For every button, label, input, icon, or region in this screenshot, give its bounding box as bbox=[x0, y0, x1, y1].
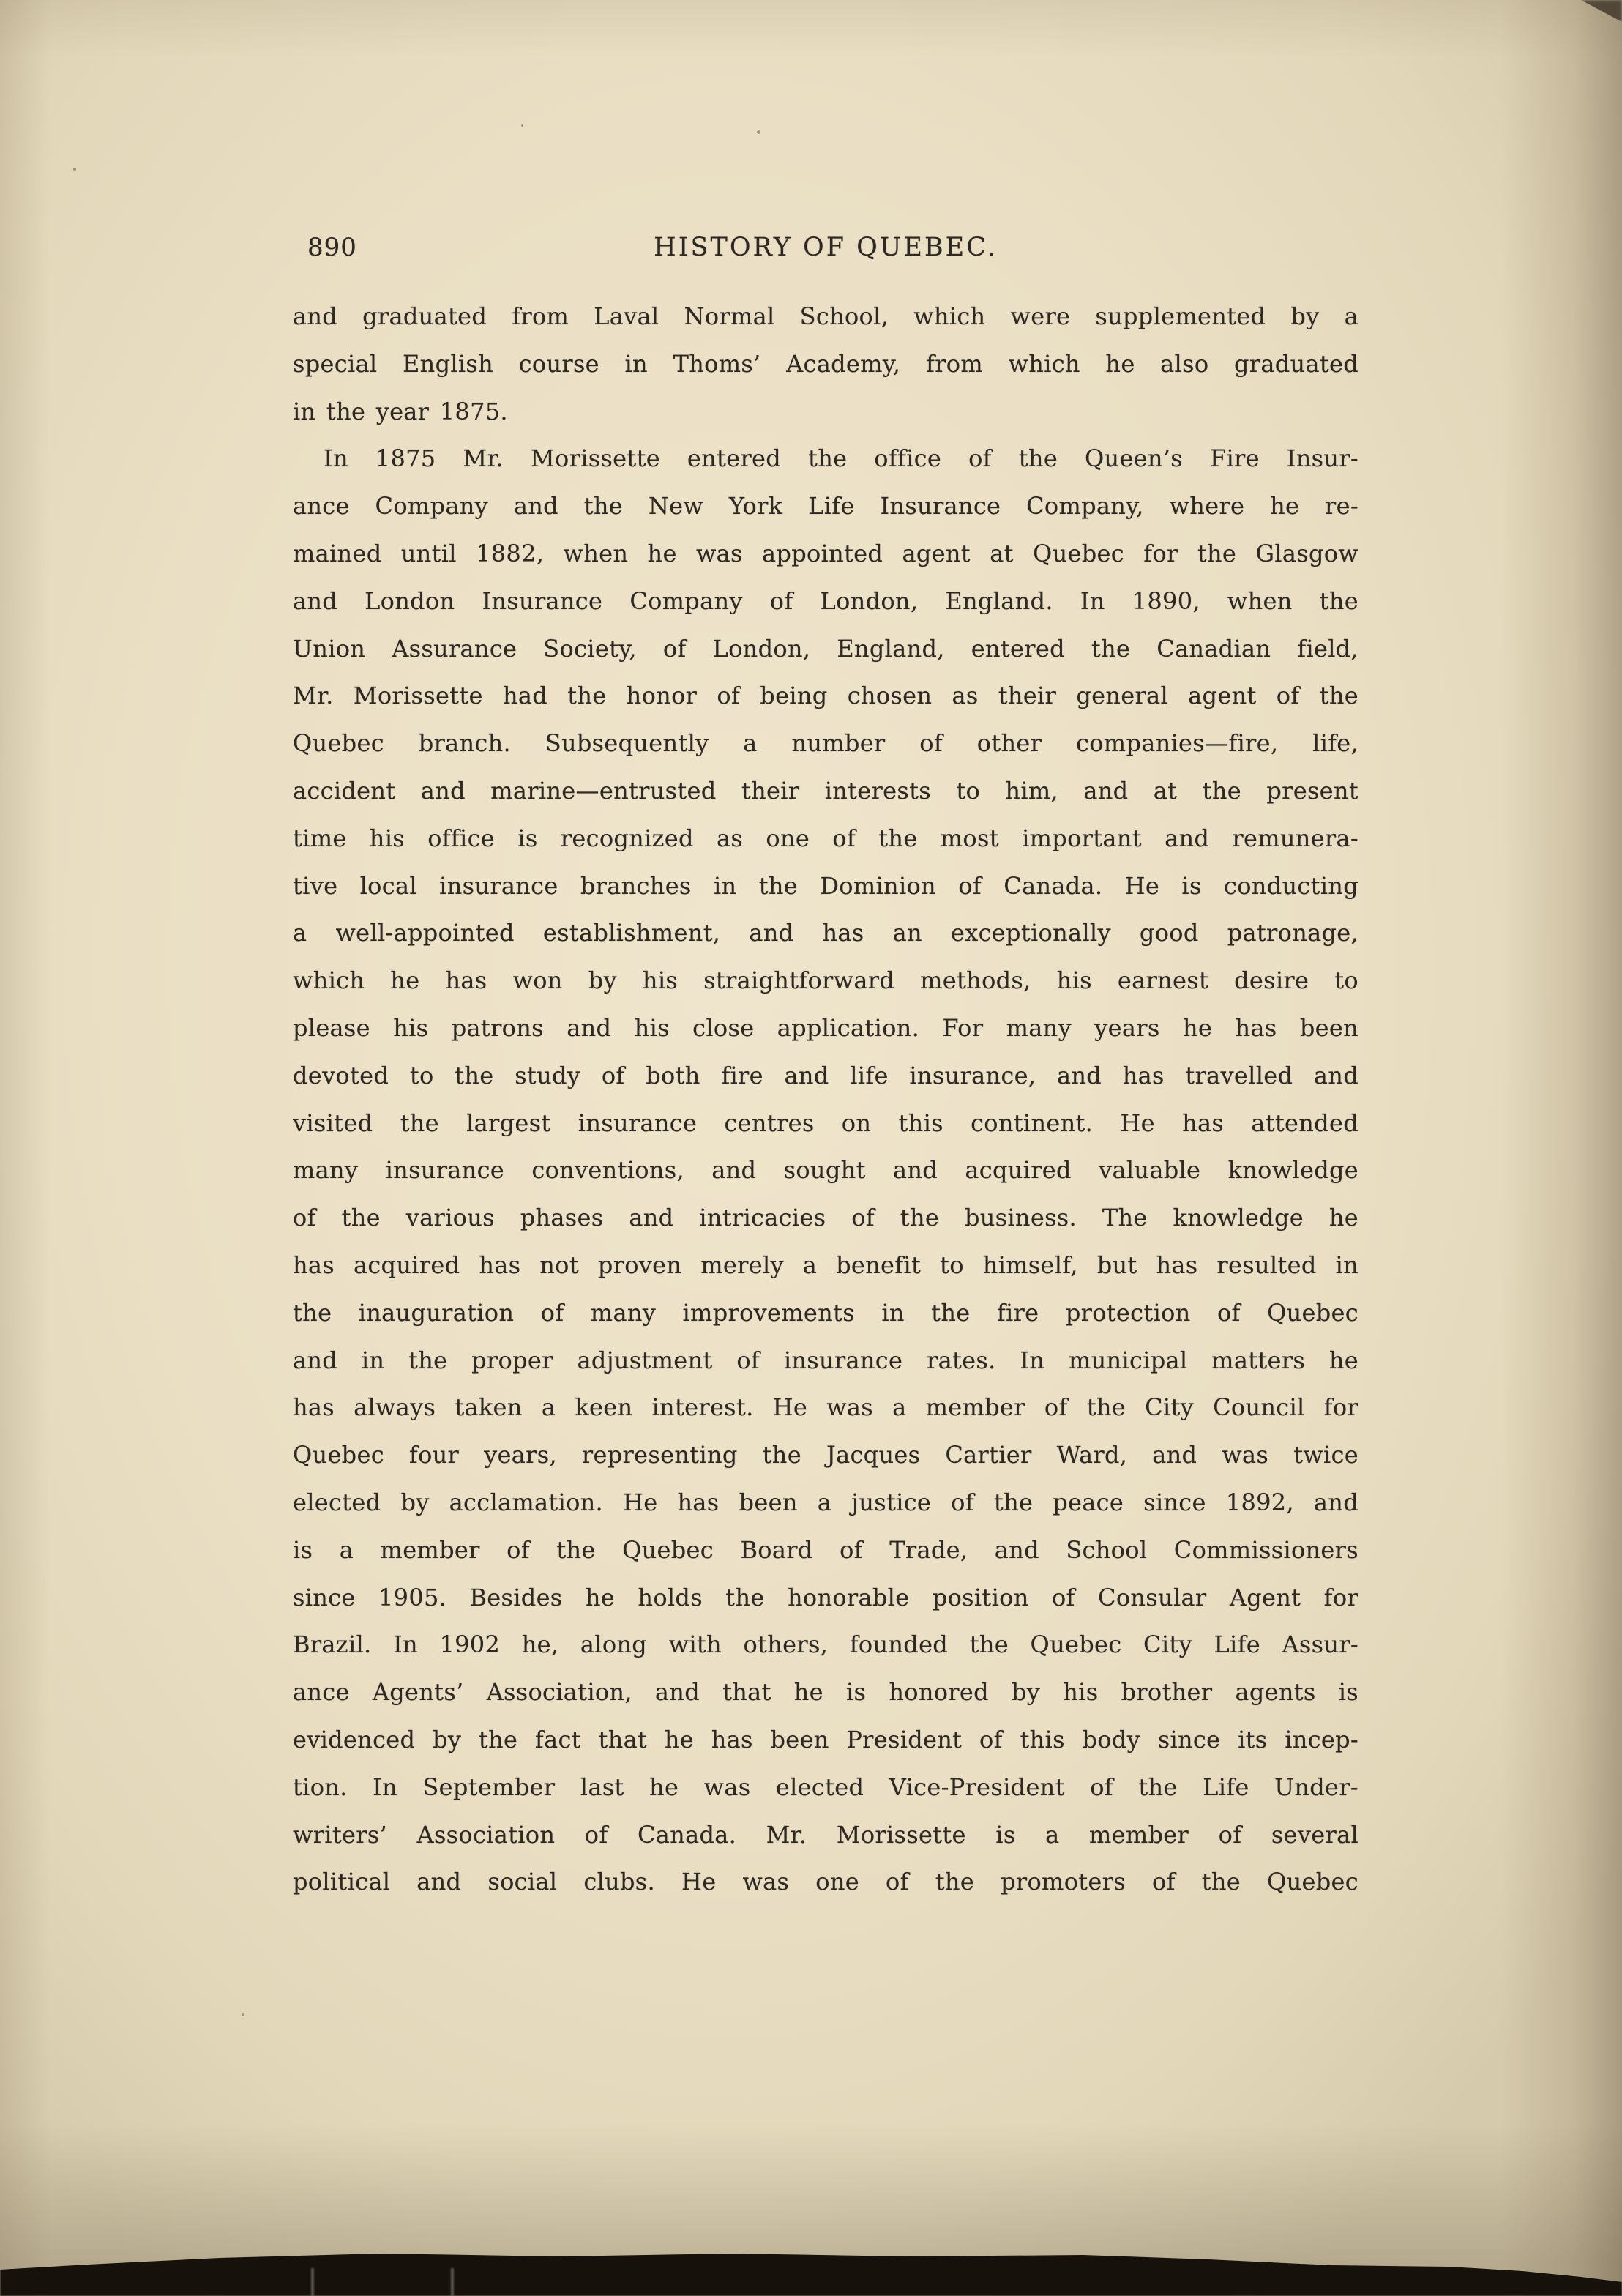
page-header: 890 HISTORY OF QUEBEC. bbox=[293, 233, 1358, 269]
text-line: in the year 1875. bbox=[293, 388, 1358, 436]
book-gutter-shadow bbox=[0, 2240, 1622, 2296]
text-line: has acquired has not proven merely a ben… bbox=[293, 1242, 1358, 1289]
text-line: mained until 1882, when he was appointed… bbox=[293, 530, 1358, 578]
text-line: and London Insurance Company of London, … bbox=[293, 578, 1358, 625]
text-line: devoted to the study of both fire and li… bbox=[293, 1052, 1358, 1100]
paper-speck bbox=[757, 130, 760, 134]
text-line: Brazil. In 1902 he, along with others, f… bbox=[293, 1621, 1358, 1669]
text-line: since 1905. Besides he holds the honorab… bbox=[293, 1574, 1358, 1622]
text-line: writers’ Association of Canada. Mr. Mori… bbox=[293, 1811, 1358, 1859]
text-line: political and social clubs. He was one o… bbox=[293, 1858, 1358, 1906]
text-line: elected by acclamation. He has been a ju… bbox=[293, 1479, 1358, 1527]
text-line: Union Assurance Society, of London, Engl… bbox=[293, 625, 1358, 673]
text-line: special English course in Thoms’ Academy… bbox=[293, 340, 1358, 388]
text-line: visited the largest insurance centres on… bbox=[293, 1100, 1358, 1147]
text-line: many insurance conventions, and sought a… bbox=[293, 1147, 1358, 1194]
gutter-streak bbox=[311, 2268, 314, 2296]
text-line: Quebec four years, representing the Jacq… bbox=[293, 1431, 1358, 1479]
paper-speck bbox=[521, 124, 523, 127]
gutter-streak bbox=[451, 2268, 454, 2296]
text-line: and graduated from Laval Normal School, … bbox=[293, 293, 1358, 340]
text-line: the inauguration of many improvements in… bbox=[293, 1289, 1358, 1337]
text-line: a well-appointed establishment, and has … bbox=[293, 909, 1358, 957]
text-line: In 1875 Mr. Morissette entered the offic… bbox=[293, 435, 1358, 482]
text-line: tion. In September last he was elected V… bbox=[293, 1764, 1358, 1811]
text-line: ance Agents’ Association, and that he is… bbox=[293, 1669, 1358, 1716]
paper-speck bbox=[242, 2013, 244, 2016]
paper-speck bbox=[73, 168, 76, 171]
text-line: and in the proper adjustment of insuranc… bbox=[293, 1337, 1358, 1384]
text-line: Quebec branch. Subsequently a number of … bbox=[293, 720, 1358, 767]
text-line: tive local insurance branches in the Dom… bbox=[293, 862, 1358, 910]
text-line: which he has won by his straightforward … bbox=[293, 957, 1358, 1004]
scanned-book-page: 890 HISTORY OF QUEBEC. and graduated fro… bbox=[0, 0, 1622, 2296]
text-line: of the various phases and intricacies of… bbox=[293, 1194, 1358, 1242]
text-line: time his office is recognized as one of … bbox=[293, 815, 1358, 862]
text-line: Mr. Morissette had the honor of being ch… bbox=[293, 672, 1358, 720]
text-line: please his patrons and his close applica… bbox=[293, 1004, 1358, 1052]
text-line: is a member of the Quebec Board of Trade… bbox=[293, 1527, 1358, 1574]
corner-shadow bbox=[1581, 0, 1622, 22]
running-title: HISTORY OF QUEBEC. bbox=[293, 233, 1358, 262]
text-line: ance Company and the New York Life Insur… bbox=[293, 482, 1358, 530]
text-line: accident and marine—entrusted their inte… bbox=[293, 767, 1358, 815]
text-line: has always taken a keen interest. He was… bbox=[293, 1384, 1358, 1431]
text-line: evidenced by the fact that he has been P… bbox=[293, 1716, 1358, 1764]
body-text: and graduated from Laval Normal School, … bbox=[293, 293, 1358, 1906]
